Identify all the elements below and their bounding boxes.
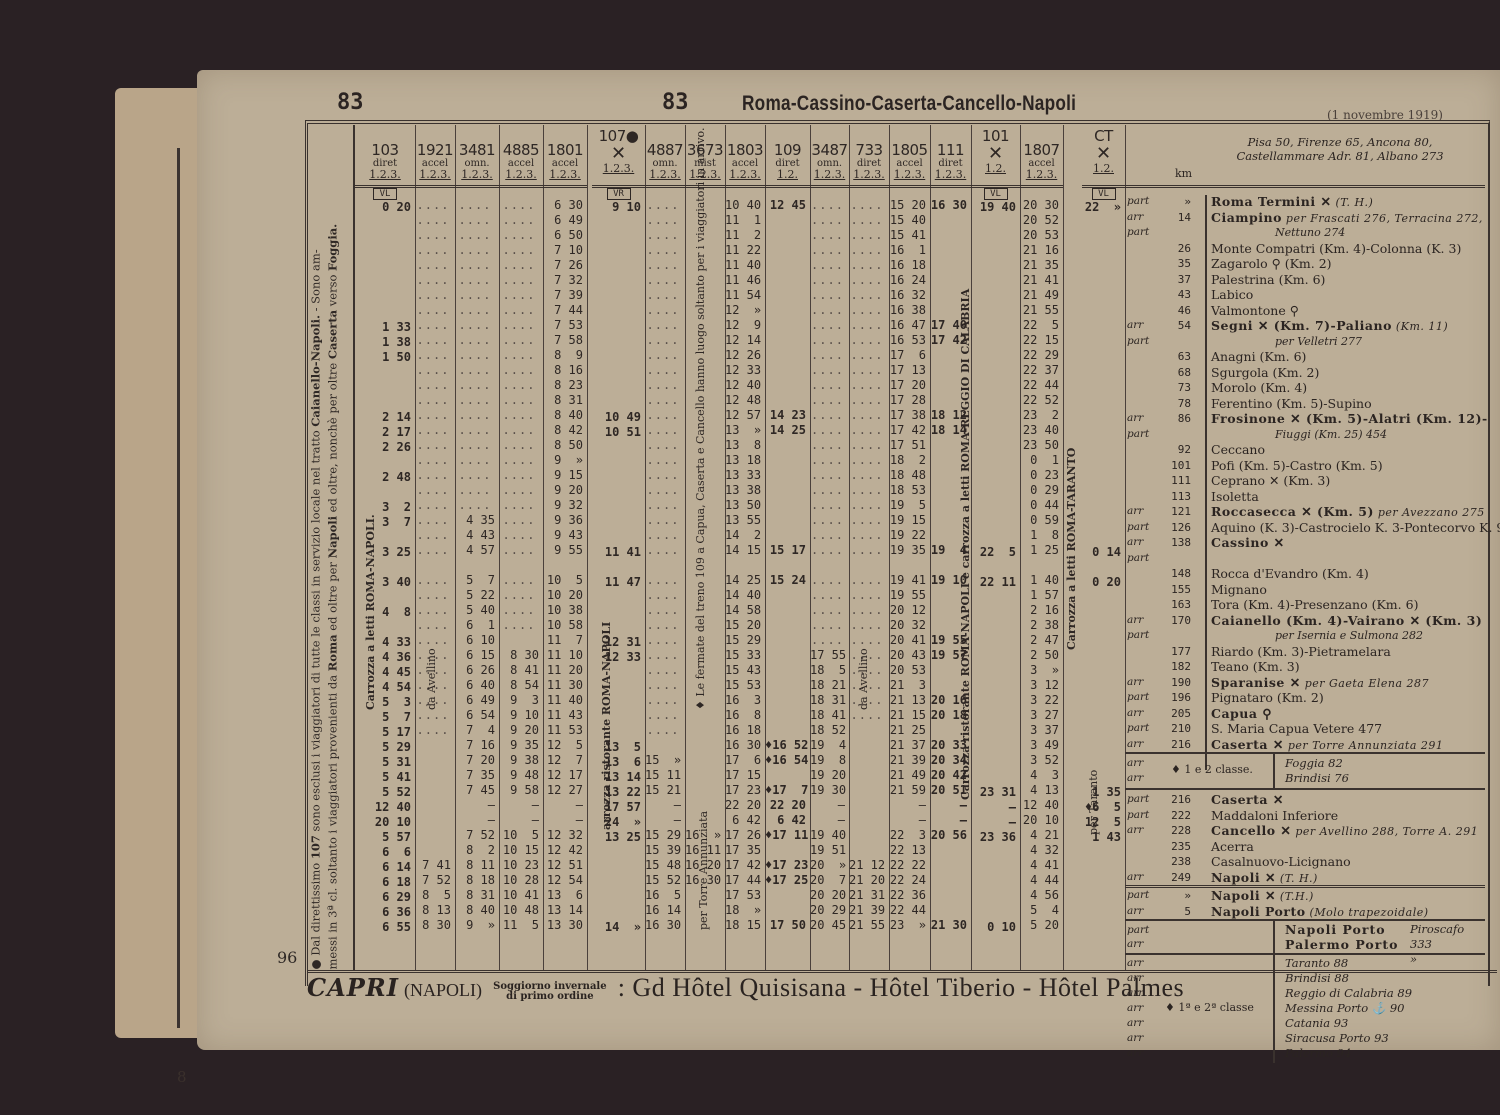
station-row: arr249Napoli ✕ (T. H.) bbox=[1125, 870, 1485, 886]
time-cell bbox=[971, 620, 1020, 635]
time-cell: 5 31 bbox=[355, 755, 415, 770]
station-km: » bbox=[1163, 888, 1191, 904]
time-cell: 19 41 bbox=[889, 573, 930, 588]
time-cell: 3 22 bbox=[1020, 693, 1063, 708]
time-cell bbox=[765, 903, 810, 918]
time-cell: .... bbox=[499, 453, 543, 468]
time-cell: 22 44 bbox=[1020, 378, 1063, 393]
time-cell: ♦17 23 bbox=[765, 858, 810, 873]
station-list-2: part216Caserta ✕part222Maddaloni Inferio… bbox=[1125, 788, 1485, 885]
arr-part-label: arr bbox=[1127, 675, 1159, 691]
time-cell: 11 40 bbox=[725, 258, 765, 273]
train-header: 1805accel1.2.3. bbox=[889, 125, 930, 188]
time-cell: 17 38 bbox=[889, 408, 930, 423]
station-row: 92Ceccano bbox=[1125, 442, 1485, 458]
ship-note: Piroscafo 333 bbox=[1410, 922, 1485, 952]
time-cell: 12 51 bbox=[543, 858, 587, 873]
time-cell: 12 27 bbox=[543, 783, 587, 798]
time-cell: 18 5 bbox=[810, 663, 849, 678]
time-cell: 21 3 bbox=[889, 678, 930, 693]
time-cell: 22 3 bbox=[889, 828, 930, 843]
train-header: 111diret1.2.3. bbox=[930, 125, 971, 188]
time-cell: 23 40 bbox=[1020, 423, 1063, 438]
time-cell: 6 30 bbox=[543, 198, 587, 213]
time-cell: .... bbox=[849, 333, 889, 348]
time-cell: .... bbox=[645, 243, 685, 258]
time-cell bbox=[765, 378, 810, 393]
time-cell bbox=[592, 875, 645, 890]
stations-panel: Pisa 50, Firenze 65, Ancona 80, Castella… bbox=[1125, 125, 1485, 970]
time-cell: .... bbox=[415, 258, 455, 273]
station-km: 26 bbox=[1163, 241, 1191, 257]
time-cell: 5 4 bbox=[1020, 903, 1063, 918]
time-cell: .... bbox=[849, 468, 889, 483]
time-cell: 22 37 bbox=[1020, 363, 1063, 378]
time-cell: 0 29 bbox=[1020, 483, 1063, 498]
time-cell: .... bbox=[455, 198, 499, 213]
time-cell: 19 30 bbox=[810, 783, 849, 798]
time-cell: 18 48 bbox=[889, 468, 930, 483]
station-row: 35Zagarolo ⚲ (Km. 2) bbox=[1125, 256, 1485, 272]
station-name: Sparanise ✕ per Gaeta Elena 287 bbox=[1211, 675, 1429, 692]
time-cell: 7 39 bbox=[543, 288, 587, 303]
time-cell: 8 54 bbox=[499, 678, 543, 693]
time-cell: .... bbox=[645, 693, 685, 708]
time-cell: 7 20 bbox=[455, 753, 499, 768]
time-cell: 20 10 bbox=[355, 815, 415, 830]
time-cell bbox=[971, 395, 1020, 410]
time-cell bbox=[592, 380, 645, 395]
station-km: 5 bbox=[1163, 904, 1191, 920]
time-cell: .... bbox=[499, 288, 543, 303]
station-name: Fiuggi (Km. 25) 454 bbox=[1275, 427, 1387, 443]
time-cell bbox=[415, 738, 455, 753]
time-cell: .... bbox=[645, 513, 685, 528]
station-row: 177Riardo (Km. 3)-Pietramelara bbox=[1125, 644, 1485, 660]
ship-part-label: part bbox=[1127, 923, 1149, 937]
time-cell: 4 43 bbox=[455, 528, 499, 543]
time-cell: 23 » bbox=[889, 918, 930, 933]
time-cell: 20 43 bbox=[889, 648, 930, 663]
time-cell: — bbox=[455, 798, 499, 813]
train-classes: 1.2.3. bbox=[499, 169, 543, 181]
time-cell: 6 1 bbox=[455, 618, 499, 633]
train-column-101: 101✕1.2.VL19 4022 522 1123 31——23 360 10 bbox=[971, 125, 1021, 970]
time-cell: .... bbox=[849, 273, 889, 288]
station-row: 73Morolo (Km. 4) bbox=[1125, 380, 1485, 396]
side-note: ● Dal direttissimo 107 sono esclusi i vi… bbox=[307, 125, 355, 970]
time-cell: 7 4 bbox=[455, 723, 499, 738]
time-cell bbox=[971, 320, 1020, 335]
station-km: 238 bbox=[1163, 854, 1191, 870]
time-cell bbox=[765, 528, 810, 543]
station-name: Capua ⚲ bbox=[1211, 706, 1272, 722]
time-cell: .... bbox=[499, 438, 543, 453]
station-row: 37Palestrina (Km. 6) bbox=[1125, 272, 1485, 288]
time-cell bbox=[765, 453, 810, 468]
time-cell: 8 31 bbox=[543, 393, 587, 408]
time-cell: .... bbox=[499, 348, 543, 363]
time-cell bbox=[971, 695, 1020, 710]
time-cell bbox=[849, 813, 889, 828]
station-name: Ciampino per Frascati 276, Terracina 272… bbox=[1211, 210, 1483, 227]
time-cell bbox=[971, 350, 1020, 365]
train-classes: 1.2.3. bbox=[455, 169, 499, 181]
time-cell bbox=[1082, 650, 1125, 665]
time-cell bbox=[1082, 455, 1125, 470]
time-cell bbox=[592, 455, 645, 470]
time-cell: 6 18 bbox=[355, 875, 415, 890]
time-cell: 16 8 bbox=[725, 708, 765, 723]
time-cell: 12 40 bbox=[355, 800, 415, 815]
time-cell bbox=[1082, 905, 1125, 920]
time-cell: 12 » bbox=[725, 303, 765, 318]
station-km: 78 bbox=[1163, 396, 1191, 412]
station-row: arr138Cassino ✕ bbox=[1125, 535, 1485, 551]
station-name: Caianello (Km. 4)-Vairano ✕ (Km. 3) bbox=[1211, 613, 1482, 629]
time-cell bbox=[592, 260, 645, 275]
train-header: 4885accel1.2.3. bbox=[499, 125, 543, 188]
ad-hotels: : Gd Hôtel Quisisana - Hôtel Tiberio - H… bbox=[618, 973, 1184, 1002]
time-cell: .... bbox=[645, 228, 685, 243]
time-cell: 13 55 bbox=[725, 513, 765, 528]
time-cell: 21 55 bbox=[849, 918, 889, 933]
sleeping-car-badge: VR bbox=[607, 188, 631, 200]
time-cell: .... bbox=[810, 483, 849, 498]
time-cell bbox=[499, 558, 543, 573]
ship-block: part arr Napoli Porto Palermo Porto Piro… bbox=[1125, 919, 1485, 953]
time-cell: 11 40 bbox=[543, 693, 587, 708]
time-cell: 6 49 bbox=[455, 693, 499, 708]
time-cell: .... bbox=[810, 468, 849, 483]
time-cell: .... bbox=[455, 228, 499, 243]
time-cell: .... bbox=[499, 618, 543, 633]
time-cell: 5 20 bbox=[1020, 918, 1063, 933]
capri-advertisement: CAPRI (NAPOLI) Soggiorno invernaledi pri… bbox=[307, 970, 1497, 1013]
time-cell bbox=[765, 303, 810, 318]
time-cell: 8 13 bbox=[415, 903, 455, 918]
time-cell: .... bbox=[415, 213, 455, 228]
time-cell: 20 53 bbox=[1020, 228, 1063, 243]
train-header: 3481omn.1.2.3. bbox=[455, 125, 499, 188]
time-cell: 16 32 bbox=[889, 288, 930, 303]
time-cell: 17 51 bbox=[889, 438, 930, 453]
time-cell bbox=[849, 783, 889, 798]
time-cell: 21 39 bbox=[849, 903, 889, 918]
station-name: S. Maria Capua Vetere 477 bbox=[1211, 721, 1382, 737]
station-km: 92 bbox=[1163, 442, 1191, 458]
train-column-1807: 1807accel1.2.3.20 3020 5220 5321 1621 35… bbox=[1020, 125, 1064, 970]
time-cell bbox=[592, 350, 645, 365]
connection-row: arrSiracusa Porto 93 bbox=[1125, 1031, 1485, 1046]
time-cell: .... bbox=[810, 573, 849, 588]
time-cell: .... bbox=[499, 498, 543, 513]
time-cell: 10 41 bbox=[499, 888, 543, 903]
vertical-note-c107: arrozza ristorante ROMA-NAPOLI bbox=[600, 622, 613, 830]
time-cell bbox=[765, 213, 810, 228]
time-cell: 12 54 bbox=[543, 873, 587, 888]
time-cell: .... bbox=[415, 363, 455, 378]
station-km: 205 bbox=[1163, 706, 1191, 722]
train-number: 1801 bbox=[543, 125, 587, 159]
time-cell bbox=[971, 860, 1020, 875]
station-km: 182 bbox=[1163, 659, 1191, 675]
time-cell bbox=[1082, 425, 1125, 440]
time-cell: 4 41 bbox=[1020, 858, 1063, 873]
time-cell: .... bbox=[415, 618, 455, 633]
train-column-4885: 4885accel1.2.3..........................… bbox=[499, 125, 544, 970]
time-cell: 10 40 bbox=[725, 198, 765, 213]
time-cell: 19 40 bbox=[810, 828, 849, 843]
time-cell: .... bbox=[415, 603, 455, 618]
time-cell: .... bbox=[849, 303, 889, 318]
time-cell: 10 51 bbox=[592, 425, 645, 440]
time-cell: 9 10 bbox=[499, 708, 543, 723]
time-cell: .... bbox=[645, 213, 685, 228]
time-cell: 19 35 bbox=[889, 543, 930, 558]
time-cell: — bbox=[971, 800, 1020, 815]
time-cell: .... bbox=[849, 213, 889, 228]
time-cell: 2 26 bbox=[355, 440, 415, 455]
time-cell: 21 37 bbox=[889, 738, 930, 753]
station-row: 101Pofi (Km. 5)-Castro (Km. 5) bbox=[1125, 458, 1485, 474]
time-cell: .... bbox=[849, 513, 889, 528]
time-cell bbox=[455, 558, 499, 573]
time-cell bbox=[592, 845, 645, 860]
time-cell bbox=[592, 275, 645, 290]
time-cell bbox=[765, 393, 810, 408]
time-cell: 21 13 bbox=[889, 693, 930, 708]
time-cell: .... bbox=[810, 198, 849, 213]
time-cell: 11 5 bbox=[499, 918, 543, 933]
time-cell: 9 38 bbox=[499, 753, 543, 768]
time-cell bbox=[725, 558, 765, 573]
time-cell: 9 36 bbox=[543, 513, 587, 528]
time-cell: 15 20 bbox=[725, 618, 765, 633]
time-cell: 13 18 bbox=[725, 453, 765, 468]
time-cell: 3 » bbox=[1020, 663, 1063, 678]
time-cell: 12 14 bbox=[725, 333, 765, 348]
time-cell bbox=[765, 708, 810, 723]
time-cell: .... bbox=[849, 588, 889, 603]
time-cell bbox=[971, 470, 1020, 485]
time-cell: 5 52 bbox=[355, 785, 415, 800]
station-row: 182Teano (Km. 3) bbox=[1125, 659, 1485, 675]
time-cell: — bbox=[889, 798, 930, 813]
time-cell bbox=[1082, 515, 1125, 530]
station-km: » bbox=[1163, 194, 1191, 210]
station-km: 249 bbox=[1163, 870, 1191, 886]
vertical-note-cCT: Carrozza a letti ROMA-TARANTO bbox=[1065, 448, 1078, 650]
time-cell: .... bbox=[645, 363, 685, 378]
time-cell bbox=[355, 260, 415, 275]
back-page-number: 8 bbox=[177, 1068, 187, 1086]
train-classes: 1.2.3. bbox=[645, 169, 685, 181]
station-km: 101 bbox=[1163, 458, 1191, 474]
time-cell: .... bbox=[415, 483, 455, 498]
time-cell: 3 37 bbox=[1020, 723, 1063, 738]
arr-part-label: arr bbox=[1127, 318, 1159, 334]
time-cell: 18 41 bbox=[810, 708, 849, 723]
time-cell: 2 38 bbox=[1020, 618, 1063, 633]
station-km: 63 bbox=[1163, 349, 1191, 365]
time-cell bbox=[971, 755, 1020, 770]
time-cell: 8 2 bbox=[455, 843, 499, 858]
station-row: 43Labico bbox=[1125, 287, 1485, 303]
time-cell: 1 33 bbox=[355, 320, 415, 335]
side-note-line-1: ● Dal direttissimo 107 sono esclusi i vi… bbox=[308, 125, 325, 970]
time-cell: .... bbox=[455, 288, 499, 303]
time-cell: 5 40 bbox=[455, 603, 499, 618]
time-cell bbox=[1082, 755, 1125, 770]
arr-part-label: arr bbox=[1127, 535, 1159, 551]
time-cell: 10 15 bbox=[499, 843, 543, 858]
time-cell bbox=[889, 558, 930, 573]
time-cell: .... bbox=[415, 318, 455, 333]
time-cell: 1 50 bbox=[355, 350, 415, 365]
time-cell bbox=[355, 275, 415, 290]
station-row: 148Rocca d'Evandro (Km. 4) bbox=[1125, 566, 1485, 582]
time-cell: 2 17 bbox=[355, 425, 415, 440]
arr-part-label: arr bbox=[1127, 210, 1159, 226]
time-cell: .... bbox=[455, 378, 499, 393]
time-cell: 21 20 bbox=[849, 873, 889, 888]
arr-part-label: part bbox=[1127, 551, 1159, 567]
time-cell: 12 40 bbox=[725, 378, 765, 393]
time-cell: .... bbox=[415, 243, 455, 258]
time-cell: 20 32 bbox=[889, 618, 930, 633]
time-cell: 5 41 bbox=[355, 770, 415, 785]
time-cell: 19 55 bbox=[889, 588, 930, 603]
station-km: 235 bbox=[1163, 839, 1191, 855]
time-cell bbox=[1082, 440, 1125, 455]
station-name: per Isernia e Sulmona 282 bbox=[1275, 628, 1423, 644]
time-cell: .... bbox=[455, 348, 499, 363]
station-row: part bbox=[1125, 551, 1485, 567]
time-cell: 0 20 bbox=[1082, 575, 1125, 590]
time-cell bbox=[592, 515, 645, 530]
time-cell bbox=[971, 335, 1020, 350]
station-row: 63Anagni (Km. 6) bbox=[1125, 349, 1485, 365]
ad-soggiorno: Soggiorno invernaledi primo ordine bbox=[493, 982, 606, 1002]
train-number: 103 bbox=[355, 125, 415, 159]
time-cell bbox=[849, 798, 889, 813]
time-cell: 8 40 bbox=[543, 408, 587, 423]
time-cell: 14 58 bbox=[725, 603, 765, 618]
time-cell bbox=[1082, 680, 1125, 695]
time-cell: 5 29 bbox=[355, 740, 415, 755]
time-cell bbox=[765, 888, 810, 903]
time-cell bbox=[355, 455, 415, 470]
station-km: 121 bbox=[1163, 504, 1191, 520]
time-cell: 22 20 bbox=[725, 798, 765, 813]
time-cell: 19 8 bbox=[810, 753, 849, 768]
time-cell bbox=[765, 843, 810, 858]
train-classes: 1.2.3. bbox=[930, 169, 971, 181]
ad-capri: CAPRI bbox=[307, 973, 399, 1002]
time-cell: 8 18 bbox=[455, 873, 499, 888]
foggia-connection: arr arr ♦ 1 e 2 classe. Foggia 82 Brindi… bbox=[1125, 752, 1485, 788]
time-cell: 23 36 bbox=[971, 830, 1020, 845]
station-name: Cassino ✕ bbox=[1211, 535, 1285, 551]
time-cell: 8 31 bbox=[455, 888, 499, 903]
timetable-page: 83 83 Roma-Cassino-Caserta-Cancello-Napo… bbox=[197, 70, 1500, 1050]
station-row: part216Caserta ✕ bbox=[1125, 792, 1485, 808]
station-km: 216 bbox=[1163, 737, 1191, 753]
time-cell: 15 29 bbox=[725, 633, 765, 648]
arr-part-label: part bbox=[1127, 520, 1159, 536]
time-cell: .... bbox=[849, 243, 889, 258]
station-km: 138 bbox=[1163, 535, 1191, 551]
time-cell bbox=[765, 648, 810, 663]
station-row: 111Ceprano ✕ (Km. 3) bbox=[1125, 473, 1485, 489]
time-cell: .... bbox=[415, 408, 455, 423]
time-cell bbox=[765, 633, 810, 648]
time-cell: .... bbox=[810, 528, 849, 543]
time-cell bbox=[1082, 230, 1125, 245]
station-row: part210S. Maria Capua Vetere 477 bbox=[1125, 721, 1485, 737]
time-cell: 9 58 bbox=[499, 783, 543, 798]
time-cell: 9 32 bbox=[543, 498, 587, 513]
arr-part-label: arr bbox=[1127, 870, 1159, 886]
time-cell: 17 55 bbox=[810, 648, 849, 663]
time-cell: 3 2 bbox=[355, 500, 415, 515]
time-cell: 19 22 bbox=[889, 528, 930, 543]
time-cell bbox=[1082, 245, 1125, 260]
time-cell: .... bbox=[455, 468, 499, 483]
time-cell: 8 5 bbox=[415, 888, 455, 903]
time-cell: 12 7 bbox=[543, 753, 587, 768]
time-cell: 17 26 bbox=[725, 828, 765, 843]
station-km: 222 bbox=[1163, 808, 1191, 824]
time-cell bbox=[765, 318, 810, 333]
time-cell: .... bbox=[415, 393, 455, 408]
time-cell: .... bbox=[499, 318, 543, 333]
time-cell bbox=[765, 288, 810, 303]
time-cell bbox=[592, 500, 645, 515]
time-cell bbox=[971, 515, 1020, 530]
train-number: 101 bbox=[971, 125, 1020, 145]
train-column-1921: 1921accel1.2.3..........................… bbox=[415, 125, 456, 970]
station-name: Morolo (Km. 4) bbox=[1211, 380, 1307, 396]
station-km: 196 bbox=[1163, 690, 1191, 706]
station-km: 46 bbox=[1163, 303, 1191, 319]
time-cell: 16 1 bbox=[889, 243, 930, 258]
time-cell: 5 22 bbox=[455, 588, 499, 603]
train-column-109: 109diret1.2.12 4514 2314 2515 1715 24♦16… bbox=[765, 125, 811, 970]
time-cell: 10 58 bbox=[543, 618, 587, 633]
time-cell bbox=[971, 845, 1020, 860]
time-cell: 12 33 bbox=[725, 363, 765, 378]
time-cell bbox=[1082, 380, 1125, 395]
time-cell: .... bbox=[849, 423, 889, 438]
train-classes: 1.2.3. bbox=[810, 169, 849, 181]
time-cell: .... bbox=[645, 288, 685, 303]
time-cell: 17 6 bbox=[889, 348, 930, 363]
time-cell: 2 47 bbox=[1020, 633, 1063, 648]
station-name: Roccasecca ✕ (Km. 5) per Avezzano 275 bbox=[1211, 504, 1485, 521]
time-cell: 6 55 bbox=[355, 920, 415, 935]
time-cell: .... bbox=[810, 258, 849, 273]
time-cell: 4 56 bbox=[1020, 888, 1063, 903]
train-header: 109diret1.2. bbox=[765, 125, 810, 188]
time-cell bbox=[765, 228, 810, 243]
station-row: arr205Capua ⚲ bbox=[1125, 706, 1485, 722]
time-cell: 2 50 bbox=[1020, 648, 1063, 663]
time-cell: 10 48 bbox=[499, 903, 543, 918]
station-name: Napoli Porto (Molo trapezoidale) bbox=[1211, 904, 1429, 921]
station-row: partNettuno 274 bbox=[1125, 225, 1485, 241]
